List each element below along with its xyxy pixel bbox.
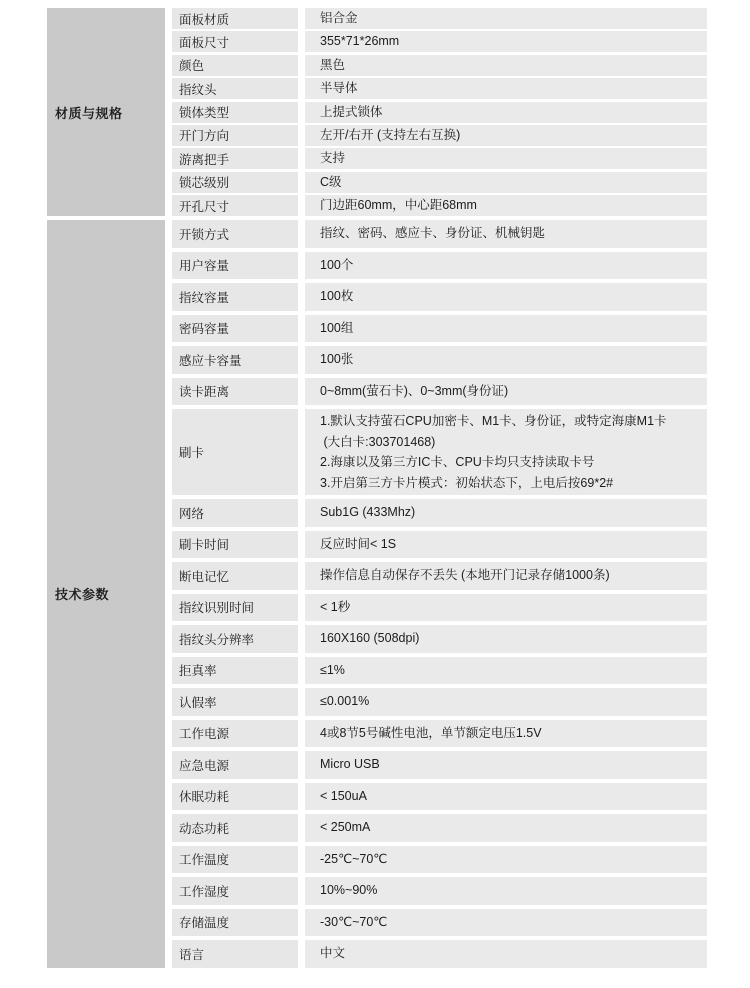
spec-row: 动态功耗 < 250mA — [172, 814, 707, 842]
spec-name-cell: 网络 — [172, 499, 298, 527]
spec-row: 开孔尺寸 门边距60mm，中心距68mm — [172, 195, 707, 216]
spec-value-cell: 100枚 — [305, 283, 707, 311]
spec-name-cell: 应急电源 — [172, 751, 298, 779]
spec-row: 工作电源 4或8节5号碱性电池，单节额定电压1.5V — [172, 720, 707, 748]
section-rows: 面板材质 铝合金 面板尺寸 355*71*26mm 颜色 黑色 指纹头 半导体 … — [172, 8, 707, 216]
spec-row: 存储温度 -30℃~70℃ — [172, 909, 707, 937]
spec-section: 技术参数 开锁方式 指纹、密码、感应卡、身份证、机械钥匙 用户容量 100个 指… — [47, 220, 707, 968]
spec-name-cell: 感应卡容量 — [172, 346, 298, 374]
spec-row: 断电记忆 操作信息自动保存不丢失 (本地开门记录存储1000条) — [172, 562, 707, 590]
spec-row: 工作湿度 10%~90% — [172, 877, 707, 905]
spec-name-cell: 断电记忆 — [172, 562, 298, 590]
spec-value-cell: 半导体 — [305, 78, 707, 99]
spec-name-cell: 游离把手 — [172, 148, 298, 169]
spec-row: 开门方向 左开/右开 (支持左右互换) — [172, 125, 707, 146]
spec-row: 刷卡时间 反应时间< 1S — [172, 531, 707, 559]
spec-name-cell: 读卡距离 — [172, 378, 298, 406]
spec-value-cell: 铝合金 — [305, 8, 707, 29]
spec-value-cell: 反应时间< 1S — [305, 531, 707, 559]
spec-name-cell: 存储温度 — [172, 909, 298, 937]
spec-row: 锁体类型 上提式锁体 — [172, 102, 707, 123]
spec-value-cell: 0~8mm(萤石卡)、0~3mm(身份证) — [305, 378, 707, 406]
spec-row: 工作温度 -25℃~70℃ — [172, 846, 707, 874]
spec-value-cell: 4或8节5号碱性电池，单节额定电压1.5V — [305, 720, 707, 748]
spec-name-cell: 工作电源 — [172, 720, 298, 748]
spec-value-cell: 门边距60mm，中心距68mm — [305, 195, 707, 216]
spec-row: 读卡距离 0~8mm(萤石卡)、0~3mm(身份证) — [172, 378, 707, 406]
spec-row: 游离把手 支持 — [172, 148, 707, 169]
spec-row: 网络 Sub1G (433Mhz) — [172, 499, 707, 527]
spec-name-cell: 锁体类型 — [172, 102, 298, 123]
spec-value-cell: 指纹、密码、感应卡、身份证、机械钥匙 — [305, 220, 707, 248]
spec-value-cell: 中文 — [305, 940, 707, 968]
spec-value-cell: < 1秒 — [305, 594, 707, 622]
spec-row: 感应卡容量 100张 — [172, 346, 707, 374]
spec-row: 认假率 ≤0.001% — [172, 688, 707, 716]
spec-value-cell: -30℃~70℃ — [305, 909, 707, 937]
section-label: 材质与规格 — [47, 8, 165, 216]
product-spec-table: 材质与规格 面板材质 铝合金 面板尺寸 355*71*26mm 颜色 黑色 指纹… — [47, 8, 707, 968]
spec-value-cell: ≤1% — [305, 657, 707, 685]
spec-name-cell: 颜色 — [172, 55, 298, 76]
spec-row: 颜色 黑色 — [172, 55, 707, 76]
spec-name-cell: 开门方向 — [172, 125, 298, 146]
spec-value-cell: 10%~90% — [305, 877, 707, 905]
spec-value-cell: Sub1G (433Mhz) — [305, 499, 707, 527]
spec-name-cell: 锁芯级别 — [172, 172, 298, 193]
spec-row: 开锁方式 指纹、密码、感应卡、身份证、机械钥匙 — [172, 220, 707, 248]
section-rows: 开锁方式 指纹、密码、感应卡、身份证、机械钥匙 用户容量 100个 指纹容量 1… — [172, 220, 707, 968]
spec-name-cell: 休眠功耗 — [172, 783, 298, 811]
spec-name-cell: 拒真率 — [172, 657, 298, 685]
spec-name-cell: 指纹容量 — [172, 283, 298, 311]
spec-name-cell: 工作温度 — [172, 846, 298, 874]
spec-value-cell: 操作信息自动保存不丢失 (本地开门记录存储1000条) — [305, 562, 707, 590]
spec-row: 指纹头 半导体 — [172, 78, 707, 99]
spec-name-cell: 刷卡时间 — [172, 531, 298, 559]
spec-name-cell: 语言 — [172, 940, 298, 968]
spec-value-cell: 1.默认支持萤石CPU加密卡、M1卡、身份证，或特定海康M1卡 (大白卡:303… — [305, 409, 707, 495]
spec-name-cell: 工作湿度 — [172, 877, 298, 905]
spec-row: 用户容量 100个 — [172, 252, 707, 280]
spec-name-cell: 面板尺寸 — [172, 31, 298, 52]
spec-row: 指纹识别时间 < 1秒 — [172, 594, 707, 622]
spec-value-cell: ≤0.001% — [305, 688, 707, 716]
spec-row: 刷卡 1.默认支持萤石CPU加密卡、M1卡、身份证，或特定海康M1卡 (大白卡:… — [172, 409, 707, 495]
spec-row: 应急电源 Micro USB — [172, 751, 707, 779]
spec-value-cell: 支持 — [305, 148, 707, 169]
spec-value-cell: 上提式锁体 — [305, 102, 707, 123]
spec-row: 面板尺寸 355*71*26mm — [172, 31, 707, 52]
section-label: 技术参数 — [47, 220, 165, 968]
spec-row: 锁芯级别 C级 — [172, 172, 707, 193]
spec-row: 语言 中文 — [172, 940, 707, 968]
spec-row: 休眠功耗 < 150uA — [172, 783, 707, 811]
spec-name-cell: 开锁方式 — [172, 220, 298, 248]
spec-value-cell: 100张 — [305, 346, 707, 374]
spec-value-cell: 左开/右开 (支持左右互换) — [305, 125, 707, 146]
spec-row: 面板材质 铝合金 — [172, 8, 707, 29]
spec-row: 指纹容量 100枚 — [172, 283, 707, 311]
spec-name-cell: 刷卡 — [172, 409, 298, 495]
spec-name-cell: 指纹识别时间 — [172, 594, 298, 622]
spec-row: 拒真率 ≤1% — [172, 657, 707, 685]
spec-name-cell: 用户容量 — [172, 252, 298, 280]
spec-name-cell: 指纹头分辨率 — [172, 625, 298, 653]
spec-value-cell: Micro USB — [305, 751, 707, 779]
spec-value-cell: C级 — [305, 172, 707, 193]
spec-value-cell: < 150uA — [305, 783, 707, 811]
spec-row: 指纹头分辨率 160X160 (508dpi) — [172, 625, 707, 653]
spec-name-cell: 动态功耗 — [172, 814, 298, 842]
spec-value-cell: 黑色 — [305, 55, 707, 76]
spec-value-cell: < 250mA — [305, 814, 707, 842]
spec-name-cell: 开孔尺寸 — [172, 195, 298, 216]
spec-name-cell: 指纹头 — [172, 78, 298, 99]
spec-name-cell: 认假率 — [172, 688, 298, 716]
spec-value-cell: 160X160 (508dpi) — [305, 625, 707, 653]
spec-name-cell: 密码容量 — [172, 315, 298, 343]
spec-value-cell: 355*71*26mm — [305, 31, 707, 52]
spec-value-cell: 100个 — [305, 252, 707, 280]
spec-name-cell: 面板材质 — [172, 8, 298, 29]
spec-value-cell: -25℃~70℃ — [305, 846, 707, 874]
spec-row: 密码容量 100组 — [172, 315, 707, 343]
spec-value-cell: 100组 — [305, 315, 707, 343]
spec-section: 材质与规格 面板材质 铝合金 面板尺寸 355*71*26mm 颜色 黑色 指纹… — [47, 8, 707, 216]
